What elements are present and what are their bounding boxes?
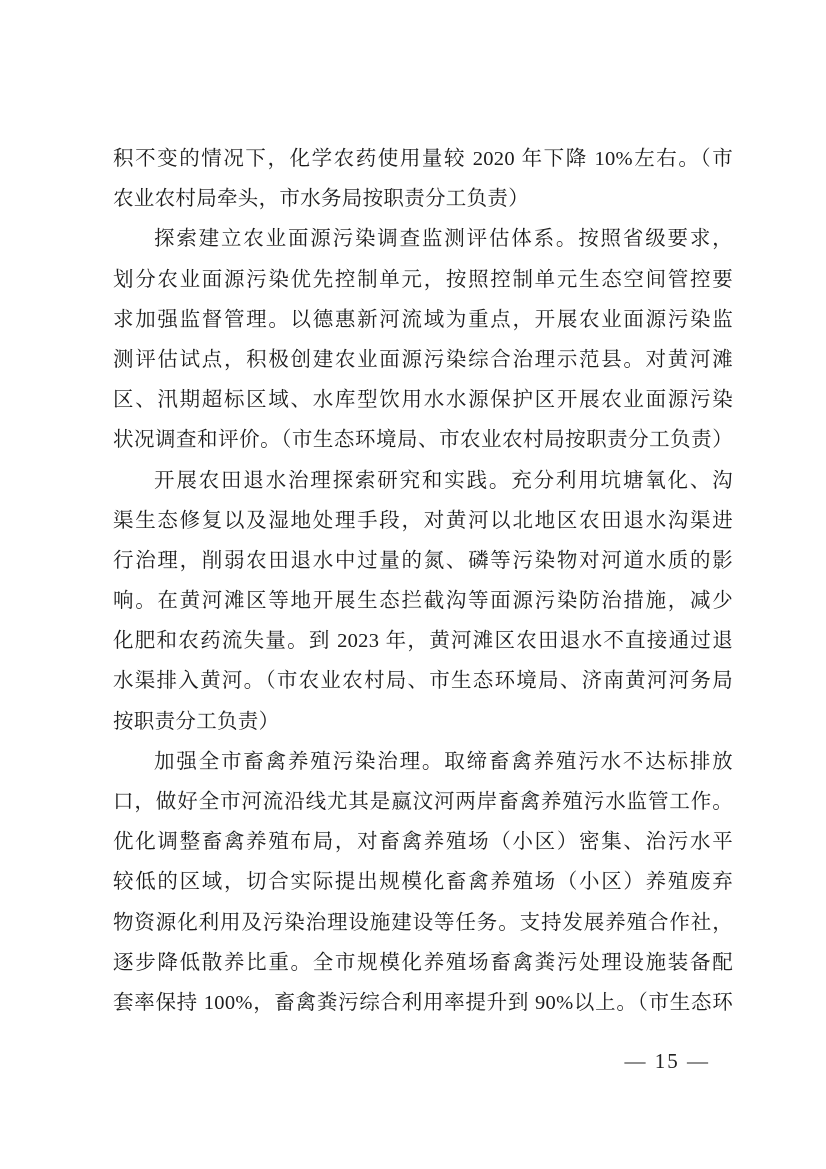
text-line: 口，做好全市河流沿线尤其是嬴汶河两岸畜禽养殖污水监管工作。 xyxy=(113,782,733,822)
text-line: 测评估试点，积极创建农业面源污染综合治理示范县。对黄河滩 xyxy=(113,340,733,380)
page-number: — 15 — xyxy=(625,1046,711,1076)
paragraph: 积不变的情况下，化学农药使用量较 2020 年下降 10%左右。（市 农业农村局… xyxy=(113,139,733,219)
text-line: 较低的区域，切合实际提出规模化畜禽养殖场（小区）养殖废弃 xyxy=(113,862,733,902)
text-line: 状况调查和评价。（市生态环境局、市农业农村局按职责分工负责） xyxy=(113,420,733,460)
text-line: 加强全市畜禽养殖污染治理。取缔畜禽养殖污水不达标排放 xyxy=(113,742,733,782)
paragraph: 探索建立农业面源污染调查监测评估体系。按照省级要求， 划分农业面源污染优先控制单… xyxy=(113,219,733,460)
text-line: 求加强监督管理。以德惠新河流域为重点，开展农业面源污染监 xyxy=(113,300,733,340)
text-line: 探索建立农业面源污染调查监测评估体系。按照省级要求， xyxy=(113,219,733,259)
text-line: 行治理，削弱农田退水中过量的氮、磷等污染物对河道水质的影 xyxy=(113,541,733,581)
paragraph: 开展农田退水治理探索研究和实践。充分利用坑塘氧化、沟 渠生态修复以及湿地处理手段… xyxy=(113,461,733,742)
text-line: 优化调整畜禽养殖布局，对畜禽养殖场（小区）密集、治污水平 xyxy=(113,822,733,862)
paragraph: 加强全市畜禽养殖污染治理。取缔畜禽养殖污水不达标排放 口，做好全市河流沿线尤其是… xyxy=(113,742,733,1023)
text-line: 逐步降低散养比重。全市规模化养殖场畜禽粪污处理设施装备配 xyxy=(113,943,733,983)
text-line: 物资源化利用及污染治理设施建设等任务。支持发展养殖合作社， xyxy=(113,903,733,943)
text-line: 响。在黄河滩区等地开展生态拦截沟等面源污染防治措施，减少 xyxy=(113,581,733,621)
text-line: 套率保持 100%，畜禽粪污综合利用率提升到 90%以上。（市生态环 xyxy=(113,983,733,1023)
text-line: 水渠排入黄河。（市农业农村局、市生态环境局、济南黄河河务局 xyxy=(113,661,733,701)
text-line: 积不变的情况下，化学农药使用量较 2020 年下降 10%左右。（市 xyxy=(113,139,733,179)
text-line: 划分农业面源污染优先控制单元，按照控制单元生态空间管控要 xyxy=(113,260,733,300)
document-page: 积不变的情况下，化学农药使用量较 2020 年下降 10%左右。（市 农业农村局… xyxy=(0,0,826,1169)
text-line: 渠生态修复以及湿地处理手段，对黄河以北地区农田退水沟渠进 xyxy=(113,501,733,541)
text-line: 农业农村局牵头，市水务局按职责分工负责） xyxy=(113,179,733,219)
document-body: 积不变的情况下，化学农药使用量较 2020 年下降 10%左右。（市 农业农村局… xyxy=(113,139,733,1023)
text-line: 按职责分工负责） xyxy=(113,702,733,742)
text-line: 区、汛期超标区域、水库型饮用水水源保护区开展农业面源污染 xyxy=(113,380,733,420)
text-line: 开展农田退水治理探索研究和实践。充分利用坑塘氧化、沟 xyxy=(113,461,733,501)
text-line: 化肥和农药流失量。到 2023 年，黄河滩区农田退水不直接通过退 xyxy=(113,621,733,661)
